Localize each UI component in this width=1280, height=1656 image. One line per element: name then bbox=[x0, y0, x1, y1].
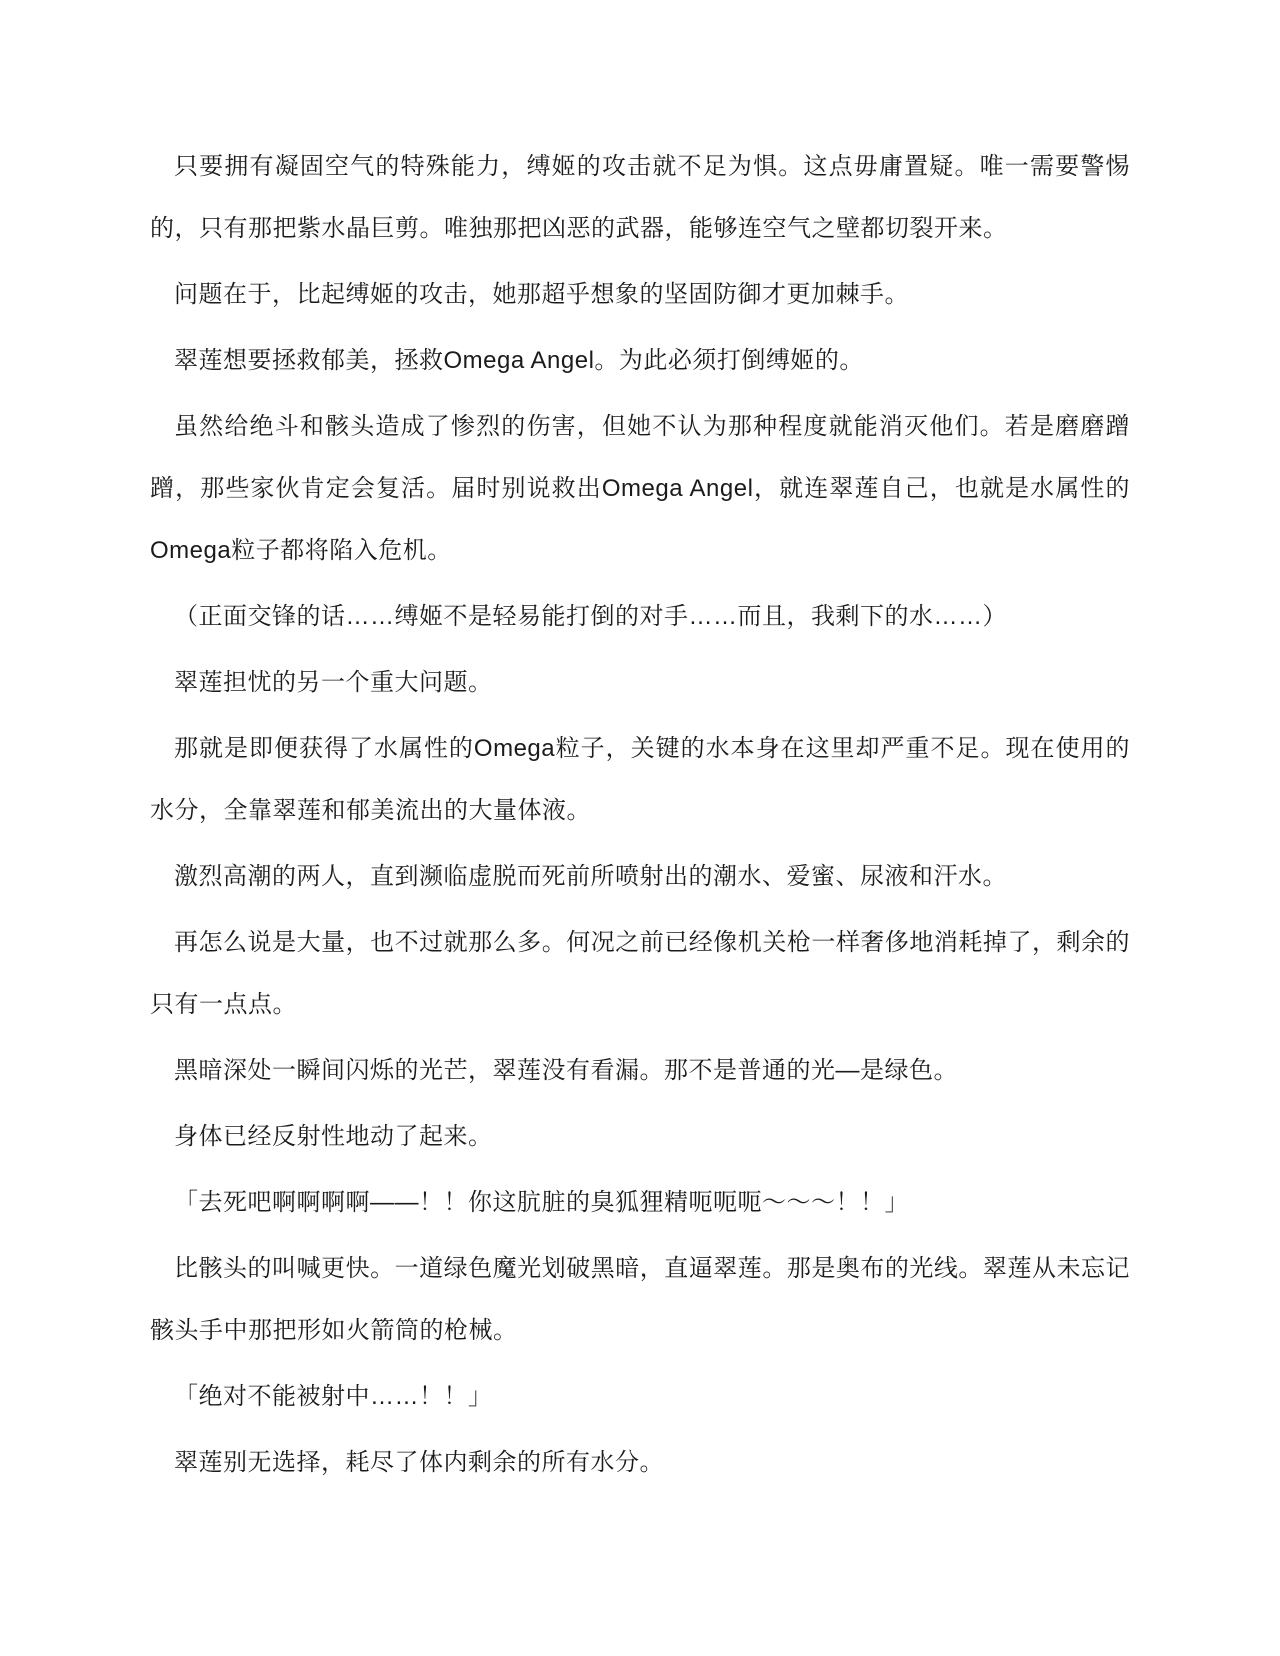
paragraph: 翠莲想要拯救郁美，拯救Omega Angel。为此必须打倒缚姬的。 bbox=[150, 330, 1130, 392]
novel-page: 只要拥有凝固空气的特殊能力，缚姬的攻击就不足为惧。这点毋庸置疑。唯一需要警惕的，… bbox=[0, 0, 1280, 1656]
paragraph: 「去死吧啊啊啊啊——！！你这肮脏的臭狐狸精呃呃呃～～～！！」 bbox=[150, 1172, 1130, 1234]
novel-text-body: 只要拥有凝固空气的特殊能力，缚姬的攻击就不足为惧。这点毋庸置疑。唯一需要警惕的，… bbox=[150, 136, 1130, 1494]
paragraph: 身体已经反射性地动了起来。 bbox=[150, 1106, 1130, 1168]
paragraph: 激烈高潮的两人，直到濒临虚脱而死前所喷射出的潮水、爱蜜、尿液和汗水。 bbox=[150, 846, 1130, 908]
paragraph: 翠莲别无选择，耗尽了体内剩余的所有水分。 bbox=[150, 1432, 1130, 1494]
paragraph: 黑暗深处一瞬间闪烁的光芒，翠莲没有看漏。那不是普通的光—是绿色。 bbox=[150, 1040, 1130, 1102]
paragraph: 虽然给绝斗和骸头造成了惨烈的伤害，但她不认为那种程度就能消灭他们。若是磨磨蹭蹭，… bbox=[150, 396, 1130, 582]
paragraph: 再怎么说是大量，也不过就那么多。何况之前已经像机关枪一样奢侈地消耗掉了，剩余的只… bbox=[150, 912, 1130, 1036]
paragraph: 翠莲担忧的另一个重大问题。 bbox=[150, 652, 1130, 714]
paragraph: 那就是即便获得了水属性的Omega粒子，关键的水本身在这里却严重不足。现在使用的… bbox=[150, 718, 1130, 842]
paragraph: 只要拥有凝固空气的特殊能力，缚姬的攻击就不足为惧。这点毋庸置疑。唯一需要警惕的，… bbox=[150, 136, 1130, 260]
paragraph: （正面交锋的话……缚姬不是轻易能打倒的对手……而且，我剩下的水……） bbox=[150, 586, 1130, 648]
paragraph: 比骸头的叫喊更快。一道绿色魔光划破黑暗，直逼翠莲。那是奥布的光线。翠莲从未忘记骸… bbox=[150, 1238, 1130, 1362]
paragraph: 问题在于，比起缚姬的攻击，她那超乎想象的坚固防御才更加棘手。 bbox=[150, 264, 1130, 326]
paragraph: 「绝对不能被射中……！！」 bbox=[150, 1366, 1130, 1428]
